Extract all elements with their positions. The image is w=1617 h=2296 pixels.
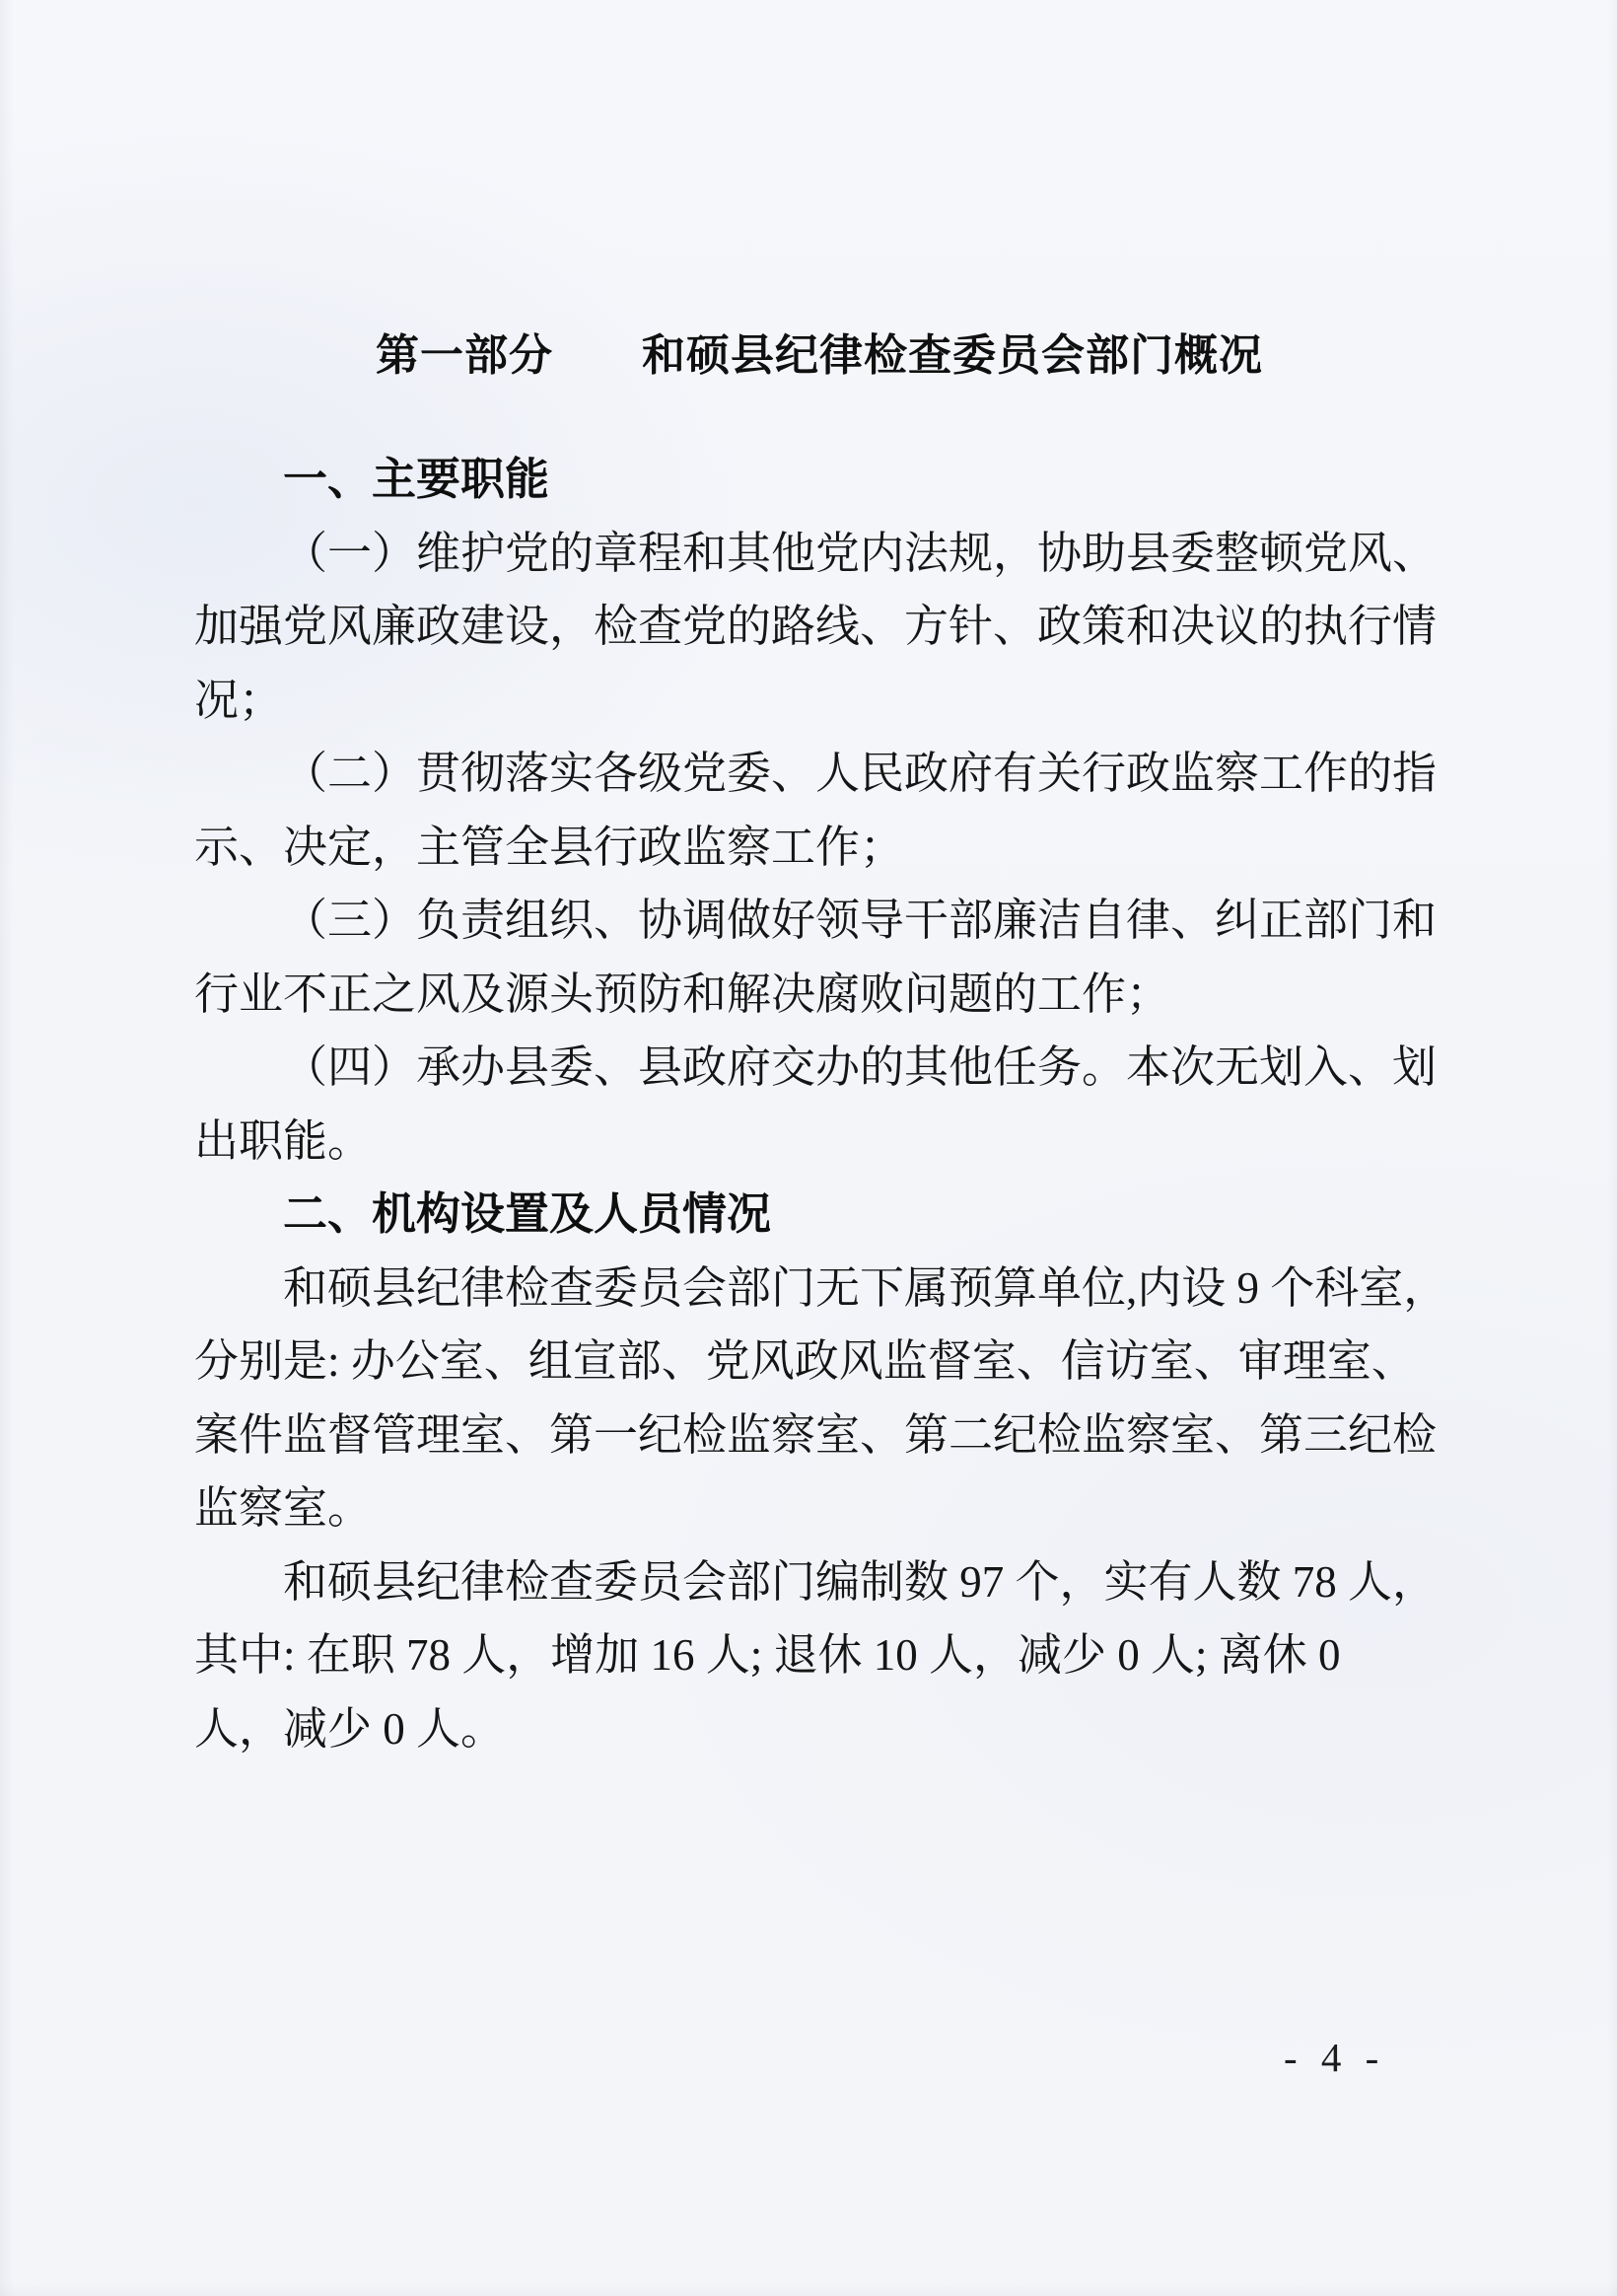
- text-line: （二）贯彻落实各级党委、人民政府有关行政监察工作的指: [194, 737, 1450, 811]
- text-line: （四）承办县委、县政府交办的其他任务。本次无划入、划: [194, 1031, 1450, 1105]
- text-line: 出职能。: [194, 1105, 1450, 1179]
- text-line: 分别是: 办公室、组宣部、党风政风监督室、信访室、审理室、: [194, 1325, 1450, 1399]
- text-line: 监察室。: [194, 1471, 1450, 1545]
- scanned-document-page: 第一部分 和硕县纪律检查委员会部门概况 一、主要职能（一）维护党的章程和其他党内…: [0, 0, 1617, 2296]
- text-line: 况；: [194, 664, 1450, 738]
- page-number: - 4 -: [1284, 2034, 1385, 2081]
- document-title: 第一部分 和硕县纪律检查委员会部门概况: [194, 328, 1444, 384]
- text-line: 案件监督管理室、第一纪检监察室、第二纪检监察室、第三纪检: [194, 1399, 1450, 1472]
- section-heading: 一、主要职能: [194, 443, 1450, 517]
- text-line: 其中: 在职 78 人，增加 16 人; 退休 10 人，减少 0 人; 离休 …: [194, 1618, 1450, 1692]
- text-line: （三）负责组织、协调做好领导干部廉洁自律、纠正部门和: [194, 884, 1450, 958]
- text-line: 人，减少 0 人。: [194, 1692, 1450, 1766]
- text-line: 和硕县纪律检查委员会部门编制数 97 个，实有人数 78 人，: [194, 1545, 1450, 1619]
- text-line: （一）维护党的章程和其他党内法规，协助县委整顿党风、: [194, 517, 1450, 591]
- text-line: 示、决定，主管全县行政监察工作；: [194, 811, 1450, 885]
- document-body: 一、主要职能（一）维护党的章程和其他党内法规，协助县委整顿党风、加强党风廉政建设…: [194, 443, 1450, 1765]
- text-line: 加强党风廉政建设，检查党的路线、方针、政策和决议的执行情: [194, 590, 1450, 664]
- text-line: 和硕县纪律检查委员会部门无下属预算单位,内设 9 个科室，: [194, 1252, 1450, 1326]
- text-line: 行业不正之风及源头预防和解决腐败问题的工作；: [194, 958, 1450, 1032]
- section-heading: 二、机构设置及人员情况: [194, 1178, 1450, 1252]
